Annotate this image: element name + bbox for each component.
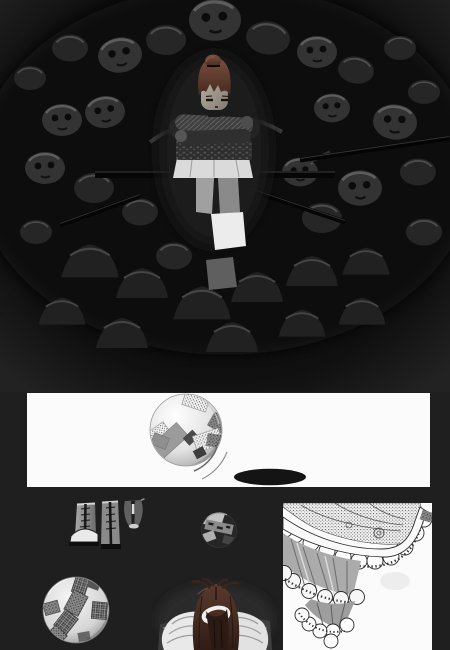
crossed-arm-lower [178,129,251,146]
boot-sole [69,542,99,546]
bouncing-ball-art [27,393,430,487]
lit-cloth-patch [211,212,246,250]
sheath-slit [132,504,135,514]
fist-right [241,116,253,128]
panel-bouncing-ball [27,393,430,487]
mouth [215,106,218,108]
fist-left [175,130,187,142]
gown-hem-art [283,503,432,650]
sheath-tip [129,524,139,529]
leg-left [196,178,214,214]
boot-left [69,503,99,546]
faint-smudge [380,572,410,590]
boot-toe-cap [70,529,98,542]
patched-ball [147,393,232,479]
white-apron [173,158,253,178]
panel-gown-hem [283,503,432,650]
hole-shadow [234,469,306,485]
gown-tier-bottom [295,599,355,648]
fighter-from-behind [152,578,278,650]
panel-ghoul-horde [0,0,450,392]
leg-right [218,178,240,214]
knife-sheath [118,498,148,532]
large-patched-ball [38,570,114,650]
dim-cloth-patch [206,257,237,290]
manga-page: Manga page. Top splash panel: a young fi… [0,0,450,650]
small-patched-ball [198,509,240,551]
